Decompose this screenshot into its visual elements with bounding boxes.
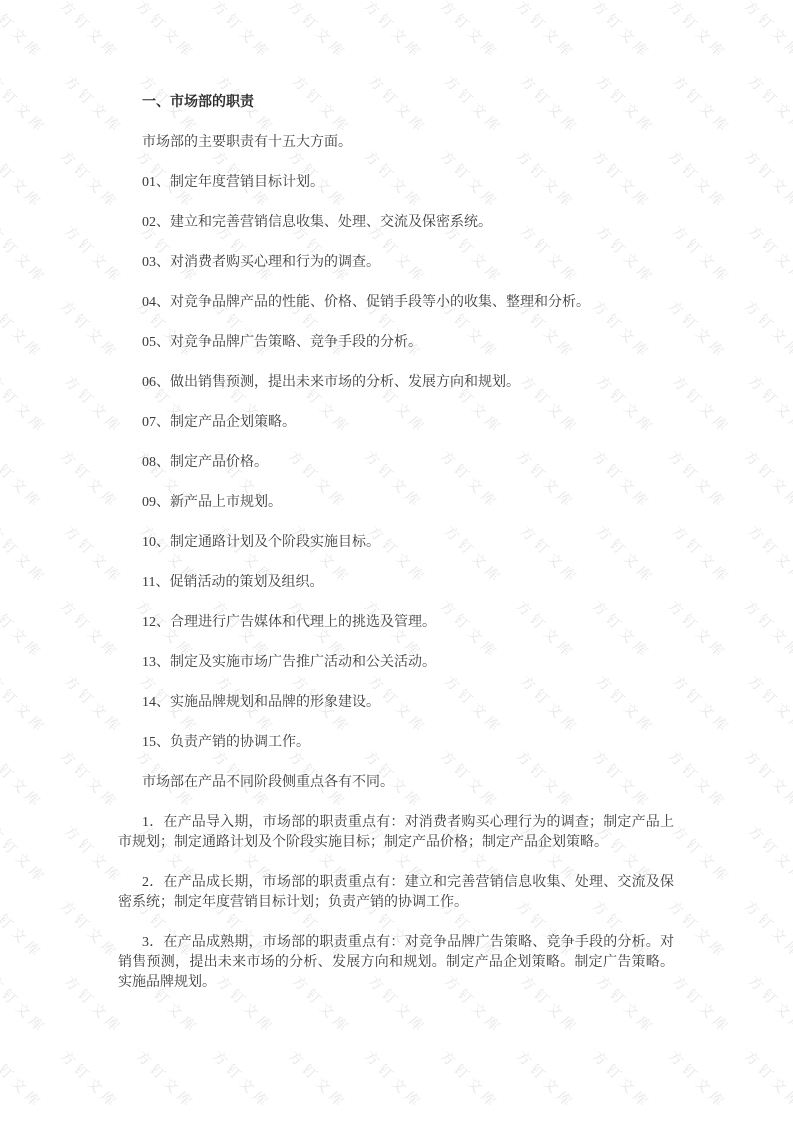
- watermark-text: 方钉文库: [208, 1046, 276, 1114]
- watermark-text: 方钉文库: [664, 1046, 732, 1114]
- watermark-text: 方钉文库: [740, 596, 793, 664]
- duties-list: 01、制定年度营销目标计划。02、建立和完善营销信息收集、处理、交流及保密系统。…: [118, 173, 674, 753]
- duty-item: 02、建立和完善营销信息收集、处理、交流及保密系统。: [118, 213, 674, 233]
- duty-item: 05、对竞争品牌广告策略、竞争手段的分析。: [118, 333, 674, 353]
- watermark-text: 方钉文库: [744, 971, 793, 1039]
- watermark-text: 方钉文库: [740, 896, 793, 964]
- stage-paragraph: 2．在产品成长期，市场部的职责重点有：建立和完善营销信息收集、处理、交流及保密系…: [118, 873, 674, 913]
- watermark-text: 方钉文库: [740, 1046, 793, 1114]
- watermark-text: 方钉文库: [740, 746, 793, 814]
- duty-item: 12、合理进行广告媒体和代理上的挑选及管理。: [118, 613, 674, 633]
- watermark-text: 方钉文库: [56, 896, 124, 964]
- watermark-text: 方钉文库: [56, 0, 124, 64]
- watermark-text: 方钉文库: [56, 1046, 124, 1114]
- watermark-text: 方钉文库: [664, 0, 732, 64]
- watermark-text: 方钉文库: [664, 146, 732, 214]
- watermark-text: 方钉文库: [668, 71, 736, 139]
- watermark-text: 方钉文库: [668, 971, 736, 1039]
- watermark-text: 方钉文库: [512, 0, 580, 64]
- watermark-text: 方钉文库: [56, 446, 124, 514]
- watermark-text: 方钉文库: [0, 971, 52, 1039]
- watermark-text: 方钉文库: [588, 1046, 656, 1114]
- watermark-text: 方钉文库: [0, 71, 52, 139]
- watermark-text: 方钉文库: [0, 821, 52, 889]
- watermark-text: 方钉文库: [744, 71, 793, 139]
- watermark-text: 方钉文库: [0, 221, 52, 289]
- watermark-text: 方钉文库: [56, 146, 124, 214]
- watermark-text: 方钉文库: [0, 521, 52, 589]
- watermark-text: 方钉文库: [0, 296, 48, 364]
- duty-item: 07、制定产品企划策略。: [118, 413, 674, 433]
- watermark-text: 方钉文库: [0, 371, 52, 439]
- watermark-text: 方钉文库: [436, 1046, 504, 1114]
- watermark-text: 方钉文库: [284, 0, 352, 64]
- watermark-text: 方钉文库: [664, 296, 732, 364]
- duty-item: 01、制定年度营销目标计划。: [118, 173, 674, 193]
- intro-paragraph: 市场部的主要职责有十五大方面。: [118, 133, 674, 153]
- duty-item: 09、新产品上市规划。: [118, 493, 674, 513]
- watermark-text: 方钉文库: [744, 671, 793, 739]
- duty-item: 04、对竞争品牌产品的性能、价格、促销手段等小的收集、整理和分析。: [118, 293, 674, 313]
- duty-item: 08、制定产品价格。: [118, 453, 674, 473]
- stages-list: 1．在产品导入期，市场部的职责重点有：对消费者购买心理行为的调查；制定产品上市规…: [118, 813, 674, 993]
- watermark-text: 方钉文库: [588, 0, 656, 64]
- page-title: 一、市场部的职责: [118, 93, 674, 113]
- duty-item: 11、促销活动的策划及组织。: [118, 573, 674, 593]
- watermark-text: 方钉文库: [0, 596, 48, 664]
- watermark-text: 方钉文库: [360, 0, 428, 64]
- transition-paragraph: 市场部在产品不同阶段侧重点各有不同。: [118, 773, 674, 793]
- stage-paragraph: 1．在产品导入期，市场部的职责重点有：对消费者购买心理行为的调查；制定产品上市规…: [118, 813, 674, 853]
- watermark-text: 方钉文库: [740, 146, 793, 214]
- watermark-text: 方钉文库: [436, 0, 504, 64]
- duty-item: 10、制定通路计划及个阶段实施目标。: [118, 533, 674, 553]
- watermark-text: 方钉文库: [56, 596, 124, 664]
- watermark-text: 方钉文库: [56, 296, 124, 364]
- watermark-text: 方钉文库: [744, 371, 793, 439]
- watermark-text: 方钉文库: [664, 746, 732, 814]
- watermark-text: 方钉文库: [744, 221, 793, 289]
- duty-item: 14、实施品牌规划和品牌的形象建设。: [118, 693, 674, 713]
- watermark-text: 方钉文库: [740, 296, 793, 364]
- watermark-text: 方钉文库: [512, 1046, 580, 1114]
- watermark-text: 方钉文库: [668, 221, 736, 289]
- watermark-text: 方钉文库: [0, 1046, 48, 1114]
- watermark-text: 方钉文库: [0, 671, 52, 739]
- watermark-text: 方钉文库: [664, 446, 732, 514]
- watermark-text: 方钉文库: [740, 0, 793, 64]
- watermark-text: 方钉文库: [56, 746, 124, 814]
- watermark-text: 方钉文库: [740, 446, 793, 514]
- watermark-text: 方钉文库: [668, 671, 736, 739]
- duty-item: 06、做出销售预测，提出未来市场的分析、发展方向和规划。: [118, 373, 674, 393]
- watermark-text: 方钉文库: [0, 146, 48, 214]
- document-page: 方钉文库方钉文库方钉文库方钉文库方钉文库方钉文库方钉文库方钉文库方钉文库方钉文库…: [0, 0, 793, 1122]
- watermark-text: 方钉文库: [744, 821, 793, 889]
- stage-paragraph: 3．在产品成熟期，市场部的职责重点有：对竞争品牌广告策略、竞争手段的分析。对销售…: [118, 933, 674, 993]
- watermark-text: 方钉文库: [668, 371, 736, 439]
- watermark-text: 方钉文库: [0, 446, 48, 514]
- document-content: 一、市场部的职责 市场部的主要职责有十五大方面。 01、制定年度营销目标计划。0…: [118, 93, 674, 1013]
- duty-item: 13、制定及实施市场广告推广活动和公关活动。: [118, 653, 674, 673]
- watermark-text: 方钉文库: [664, 596, 732, 664]
- duty-item: 03、对消费者购买心理和行为的调查。: [118, 253, 674, 273]
- watermark-text: 方钉文库: [0, 896, 48, 964]
- watermark-text: 方钉文库: [668, 521, 736, 589]
- watermark-text: 方钉文库: [132, 0, 200, 64]
- watermark-text: 方钉文库: [360, 1046, 428, 1114]
- watermark-text: 方钉文库: [744, 521, 793, 589]
- watermark-text: 方钉文库: [0, 746, 48, 814]
- watermark-text: 方钉文库: [668, 821, 736, 889]
- watermark-text: 方钉文库: [208, 0, 276, 64]
- duty-item: 15、负责产销的协调工作。: [118, 733, 674, 753]
- watermark-text: 方钉文库: [664, 896, 732, 964]
- watermark-text: 方钉文库: [0, 0, 48, 64]
- watermark-text: 方钉文库: [132, 1046, 200, 1114]
- watermark-text: 方钉文库: [284, 1046, 352, 1114]
